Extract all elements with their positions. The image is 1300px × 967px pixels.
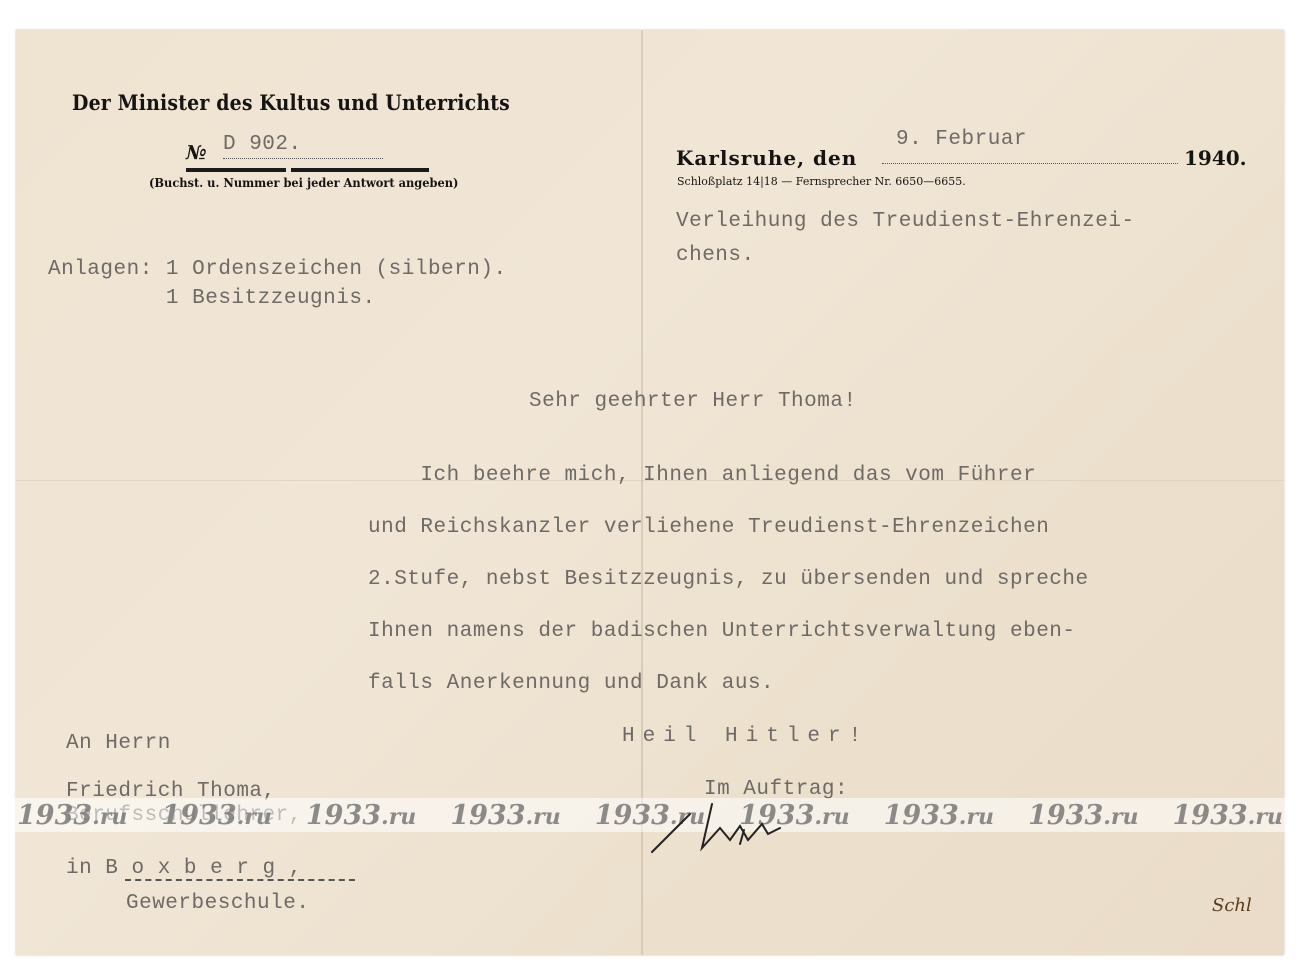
ministry-address: Schloßplatz 14|18 — Fernsprecher Nr. 665…: [677, 175, 966, 188]
watermark-item: 1933.ru: [17, 800, 127, 831]
number-bar-left: [186, 168, 286, 172]
watermark-item: 1933.ru: [450, 800, 560, 831]
closing: Heil Hitler!: [622, 725, 869, 748]
watermark-item: 1933.ru: [306, 800, 416, 831]
watermark-item: 1933.ru: [1028, 800, 1138, 831]
letter-body: Ich beehre mich, Ihnen anliegend das vom…: [368, 450, 1089, 710]
date-dotted-line: [882, 163, 1178, 164]
number-bar-right: [291, 168, 429, 172]
salutation: Sehr geehrter Herr Thoma!: [529, 390, 857, 413]
number-label: №: [186, 142, 207, 164]
watermark-item: 1933.ru: [884, 800, 994, 831]
subject-line: Verleihung des Treudienst-Ehrenzei- chen…: [676, 205, 1135, 273]
reference-number: D 902.: [223, 133, 302, 156]
letter-year: 1940.: [1184, 146, 1247, 170]
recipient-city: in B o x b e r g ,: [66, 857, 302, 880]
recipient-school: Gewerbeschule.: [126, 892, 309, 915]
city-underline: [125, 879, 355, 881]
place-label: Karlsruhe, den: [676, 146, 857, 170]
enclosures: Anlagen: 1 Ordenszeichen (silbern). 1 Be…: [48, 255, 507, 313]
watermark-item: 1933.ru: [161, 800, 271, 831]
letterhead-title: Der Minister des Kultus und Unterrichts: [72, 90, 510, 115]
number-dotted-line: [223, 158, 383, 159]
signature-mark: [650, 800, 850, 860]
handwritten-initials: Schl: [1212, 895, 1252, 916]
number-hint: (Buchst. u. Nummer bei jeder Antwort ang…: [149, 176, 458, 190]
letter-date: 9. Februar: [896, 128, 1027, 151]
watermark-item: 1933.ru: [1173, 800, 1283, 831]
